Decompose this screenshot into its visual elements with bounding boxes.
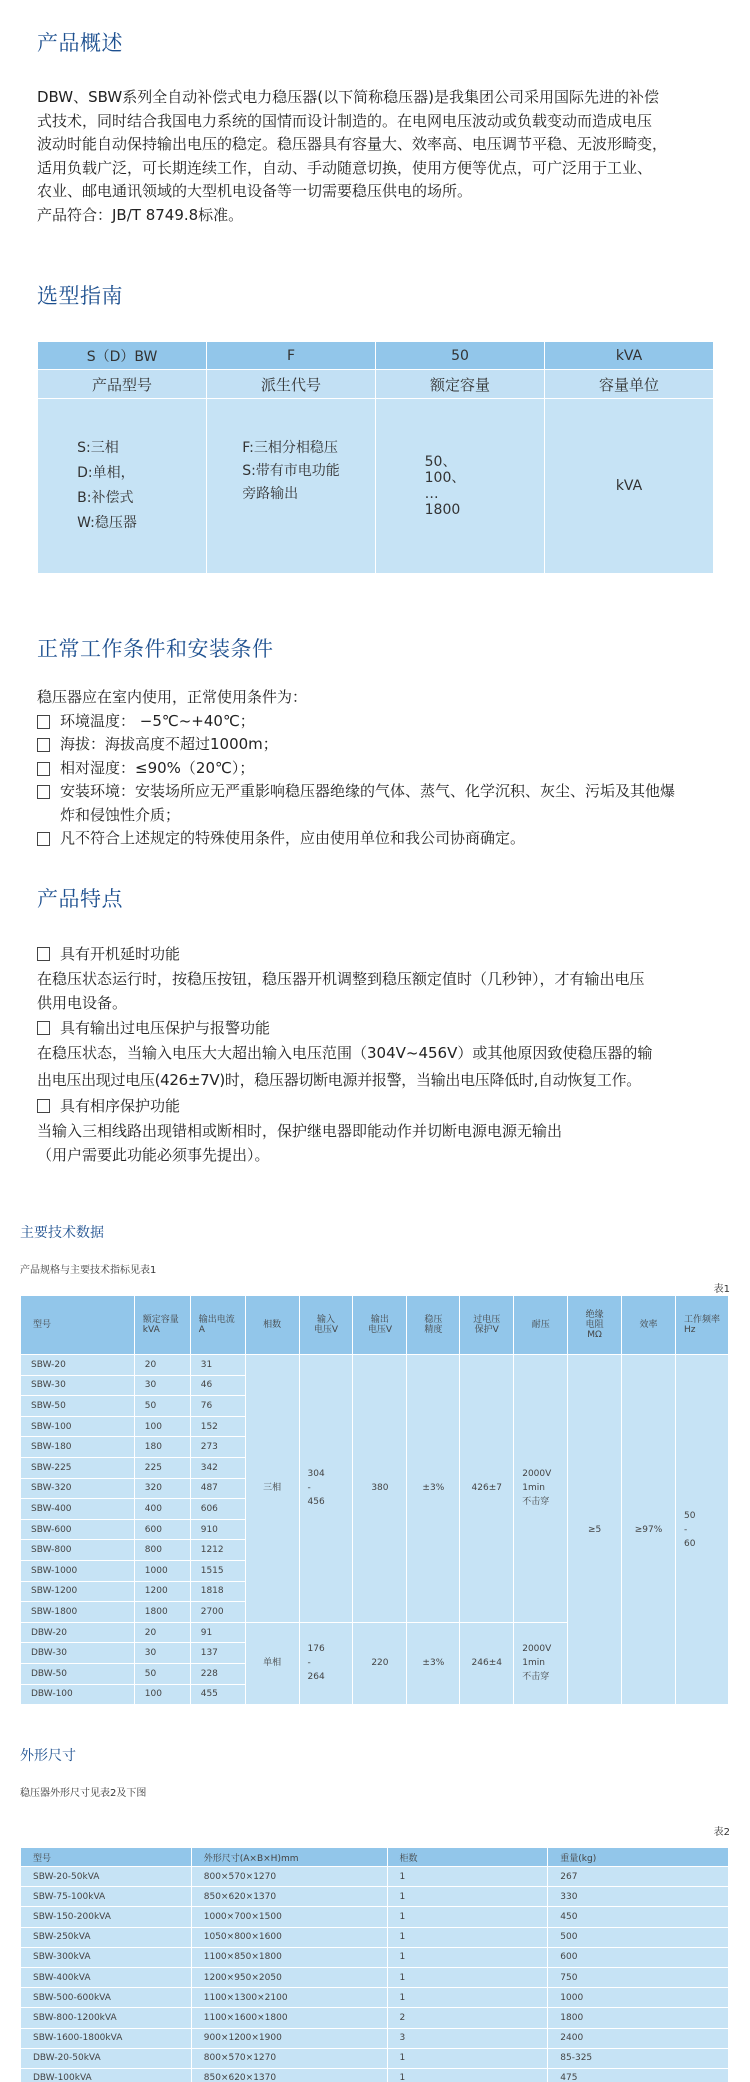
feature-heading: 具有相序保护功能 (37, 1094, 727, 1119)
condition-text: 海拔：海拔高度不超过1000m； (60, 733, 278, 757)
overview-paragraph: DBW、SBW系列全自动补偿式电力稳压器(以下简称稳压器)是我集团公司采用国际先… (37, 86, 727, 227)
cell-weight: 750 (548, 1967, 729, 1987)
guide-subheader-row: 产品型号 派生代号 额定容量 容量单位 (38, 370, 714, 399)
cell-size: 1100×1600×1800 (191, 2008, 387, 2028)
cell-efficiency: ≥97% (622, 1355, 676, 1705)
checkbox-icon (37, 832, 50, 846)
cell-amps: 455 (190, 1684, 245, 1705)
table-row: SBW-1600-1800kVA900×1200×190032400 (21, 2028, 729, 2048)
guide-derivative-cell: F:三相分相稳压 S:带有市电功能 旁路输出 (207, 399, 376, 574)
cell-size: 900×1200×1900 (191, 2028, 387, 2048)
selection-guide-table: S（D）BW F 50 kVA 产品型号 派生代号 额定容量 容量单位 S:三相… (37, 341, 714, 574)
feature-heading-text: 具有开机延时功能 (60, 942, 180, 967)
cell-kva: 800 (134, 1540, 190, 1561)
th-dim-cabinets: 柜数 (387, 1848, 548, 1867)
cell-cabinets: 1 (387, 2048, 548, 2068)
table-row: SBW-20 20 31 三相 304-456 380 ±3% 426±7 20… (21, 1355, 729, 1376)
condition-text: 凡不符合上述规定的特殊使用条件，应由使用单位和我公司协商确定。 (60, 827, 525, 851)
section-title-conditions: 正常工作条件和安装条件 (37, 636, 274, 662)
th-frequency: 工作频率Hz (676, 1296, 729, 1355)
cell-kva: 50 (134, 1396, 190, 1417)
cell-model: SBW-20-50kVA (21, 1867, 192, 1887)
guide-capacity-cell: 50、 100、 … 1800 (376, 399, 545, 574)
cell-input-voltage-three: 304-456 (299, 1355, 353, 1623)
cell-size: 1000×700×1500 (191, 1907, 387, 1927)
table-row: SBW-400kVA1200×950×20501750 (21, 1967, 729, 1987)
cell-size: 800×570×1270 (191, 2048, 387, 2068)
cell-model: SBW-50 (21, 1396, 135, 1417)
cell-model: SBW-150-200kVA (21, 1907, 192, 1927)
guide-header-cell: kVA (545, 342, 714, 370)
cell-frequency: 50-60 (676, 1355, 729, 1705)
condition-text: 相对湿度：≤90%（20℃）； (60, 757, 254, 781)
guide-subheader-cell: 产品型号 (38, 370, 207, 399)
feature-desc: （用户需要此功能必须事先提出）。 (37, 1143, 727, 1168)
cell-amps: 91 (190, 1622, 245, 1643)
cell-model: SBW-400 (21, 1499, 135, 1520)
guide-body-row: S:三相 D:单相， B:补偿式 W:稳压器 F:三相分相稳压 S:带有市电功能… (38, 399, 714, 574)
cell-weight: 330 (548, 1887, 729, 1907)
cell-kva: 100 (134, 1684, 190, 1705)
cell-amps: 1818 (190, 1581, 245, 1602)
cell-size: 850×620×1370 (191, 2068, 387, 2082)
cell-model: SBW-320 (21, 1478, 135, 1499)
cell-accuracy-single: ±3% (407, 1622, 460, 1704)
guide-derivative-line: 旁路输出 (242, 483, 340, 506)
cell-kva: 225 (134, 1457, 190, 1478)
guide-model-line: W:稳压器 (77, 511, 137, 536)
guide-derivative-line: S:带有市电功能 (242, 460, 340, 483)
checkbox-icon (37, 762, 50, 776)
feature-heading-text: 具有输出过电压保护与报警功能 (60, 1016, 270, 1041)
guide-subheader-cell: 容量单位 (545, 370, 714, 399)
cell-kva: 50 (134, 1663, 190, 1684)
table-row: SBW-300kVA1100×850×18001600 (21, 1947, 729, 1967)
section-title-dimensions: 外形尺寸 (20, 1745, 76, 1765)
cell-model: SBW-75-100kVA (21, 1887, 192, 1907)
cell-model: SBW-1800 (21, 1602, 135, 1623)
table-row: SBW-150-200kVA1000×700×15001450 (21, 1907, 729, 1927)
th-dim-size: 外形尺寸(A×B×H)mm (191, 1848, 387, 1867)
cell-amps: 606 (190, 1499, 245, 1520)
cell-model: SBW-1000 (21, 1560, 135, 1581)
cell-amps: 910 (190, 1519, 245, 1540)
cell-output-voltage-three: 380 (353, 1355, 407, 1623)
conditions-intro: 稳压器应在室内使用，正常使用条件为： (37, 686, 727, 710)
cell-weight: 500 (548, 1927, 729, 1947)
cell-weight: 600 (548, 1947, 729, 1967)
cell-output-voltage-single: 220 (353, 1622, 407, 1704)
cell-size: 1100×850×1800 (191, 1947, 387, 1967)
cell-overvoltage-three: 426±7 (460, 1355, 514, 1623)
cell-size: 1050×800×1600 (191, 1927, 387, 1947)
cell-model: SBW-30 (21, 1375, 135, 1396)
overview-line: 式技术，同时结合我国电力系统的国情而设计制造的。在电网电压波动或负载变动而造成电… (37, 110, 727, 134)
cell-kva: 1800 (134, 1602, 190, 1623)
cell-amps: 152 (190, 1416, 245, 1437)
tech-data-table: 型号 额定容量kVA 输出电流A 相数 输入电压V 输出电压V 稳压精度 过电压… (20, 1295, 729, 1705)
feature-heading-text: 具有相序保护功能 (60, 1094, 180, 1119)
cell-overvoltage-single: 246±4 (460, 1622, 514, 1704)
th-input-voltage: 输入电压V (299, 1296, 353, 1355)
dimensions-subtitle: 稳压器外形尺寸见表2及下图 (20, 1784, 146, 1799)
cell-cabinets: 2 (387, 2008, 548, 2028)
guide-model-line: B:补偿式 (77, 486, 137, 511)
cell-model: DBW-100kVA (21, 2068, 192, 2082)
th-capacity: 额定容量kVA (134, 1296, 190, 1355)
feature-heading: 具有开机延时功能 (37, 942, 727, 967)
cell-kva: 1000 (134, 1560, 190, 1581)
cell-model: SBW-800 (21, 1540, 135, 1561)
feature-desc: 供用电设备。 (37, 991, 727, 1016)
guide-unit-cell: kVA (545, 399, 714, 574)
cell-model: SBW-300kVA (21, 1947, 192, 1967)
cell-amps: 228 (190, 1663, 245, 1684)
th-dim-model: 型号 (21, 1848, 192, 1867)
cell-amps: 1212 (190, 1540, 245, 1561)
cell-model: DBW-30 (21, 1643, 135, 1664)
cell-cabinets: 1 (387, 1947, 548, 1967)
condition-item: 安装环境：安装场所应无严重影响稳压器绝缘的气体、蒸气、化学沉积、灰尘、污垢及其他… (37, 780, 727, 804)
checkbox-icon (37, 785, 50, 799)
table-row: SBW-20-50kVA800×570×12701267 (21, 1867, 729, 1887)
cell-amps: 487 (190, 1478, 245, 1499)
cell-kva: 320 (134, 1478, 190, 1499)
cell-weight: 1800 (548, 2008, 729, 2028)
table-row: SBW-250kVA1050×800×16001500 (21, 1927, 729, 1947)
cell-kva: 180 (134, 1437, 190, 1458)
section-title-features: 产品特点 (37, 886, 123, 912)
guide-header-cell: S（D）BW (38, 342, 207, 370)
checkbox-icon (37, 1099, 50, 1113)
cell-phase-three: 三相 (245, 1355, 299, 1623)
cell-amps: 2700 (190, 1602, 245, 1623)
section-title-selection-guide: 选型指南 (37, 283, 123, 309)
cell-cabinets: 3 (387, 2028, 548, 2048)
guide-model-cell: S:三相 D:单相， B:补偿式 W:稳压器 (38, 399, 207, 574)
cell-cabinets: 1 (387, 1867, 548, 1887)
checkbox-icon (37, 947, 50, 961)
cell-amps: 273 (190, 1437, 245, 1458)
cell-cabinets: 1 (387, 2068, 548, 2082)
overview-standard: 产品符合：JB/T 8749.8标准。 (37, 204, 727, 228)
cell-model: SBW-400kVA (21, 1967, 192, 1987)
th-withstand: 耐压 (514, 1296, 568, 1355)
th-accuracy: 稳压精度 (407, 1296, 460, 1355)
th-phase: 相数 (245, 1296, 299, 1355)
cell-amps: 342 (190, 1457, 245, 1478)
guide-capacity-line: 1800 (425, 502, 466, 518)
guide-capacity-line: … (425, 486, 466, 502)
condition-item: 环境温度： −5℃~+40℃； (37, 710, 727, 734)
cell-model: SBW-1200 (21, 1581, 135, 1602)
features-list: 具有开机延时功能 在稳压状态运行时，按稳压按钮，稳压器开机调整到稳压额定值时（几… (37, 942, 727, 1168)
cell-insulation: ≥5 (568, 1355, 622, 1705)
cell-amps: 31 (190, 1355, 245, 1376)
cell-amps: 1515 (190, 1560, 245, 1581)
cell-weight: 85-325 (548, 2048, 729, 2068)
dimensions-table: 型号 外形尺寸(A×B×H)mm 柜数 重量(kg) SBW-20-50kVA8… (20, 1847, 729, 2082)
cell-size: 1200×950×2050 (191, 1967, 387, 1987)
th-dim-weight: 重量(kg) (548, 1848, 729, 1867)
feature-desc: 在稳压状态，当输入电压大大超出输入电压范围（304V~456V）或其他原因致使稳… (37, 1040, 727, 1067)
cell-amps: 76 (190, 1396, 245, 1417)
feature-desc: 在稳压状态运行时，按稳压按钮，稳压器开机调整到稳压额定值时（几秒钟），才有输出电… (37, 967, 727, 992)
cell-model: SBW-1600-1800kVA (21, 2028, 192, 2048)
table2-label: 表2 (714, 1823, 730, 1838)
overview-line: 适用负载广泛，可长期连续工作，自动、手动随意切换，使用方便等优点，可广泛用于工业… (37, 157, 727, 181)
cell-model: DBW-100 (21, 1684, 135, 1705)
section-title-tech-data: 主要技术数据 (20, 1222, 104, 1242)
condition-text: 环境温度： −5℃~+40℃； (60, 710, 255, 734)
overview-line: 农业、邮电通讯领域的大型机电设备等一切需要稳压供电的场所。 (37, 180, 727, 204)
cell-model: SBW-225 (21, 1457, 135, 1478)
table-row: SBW-75-100kVA850×620×13701330 (21, 1887, 729, 1907)
cell-kva: 20 (134, 1622, 190, 1643)
th-current: 输出电流A (190, 1296, 245, 1355)
cell-phase-single: 单相 (245, 1622, 299, 1704)
table-row: DBW-20-50kVA800×570×1270185-325 (21, 2048, 729, 2068)
cell-weight: 1000 (548, 1988, 729, 2008)
guide-derivative-line: F:三相分相稳压 (242, 437, 340, 460)
guide-capacity-line: 100、 (425, 470, 466, 486)
cell-withstand-three: 2000V1min不击穿 (514, 1355, 568, 1623)
cell-model: SBW-500-600kVA (21, 1988, 192, 2008)
cell-kva: 100 (134, 1416, 190, 1437)
cell-model: SBW-600 (21, 1519, 135, 1540)
condition-text-continued: 炸和侵蚀性介质； (37, 804, 727, 828)
guide-header-cell: 50 (376, 342, 545, 370)
dimensions-header-row: 型号 外形尺寸(A×B×H)mm 柜数 重量(kg) (21, 1848, 729, 1867)
condition-item: 凡不符合上述规定的特殊使用条件，应由使用单位和我公司协商确定。 (37, 827, 727, 851)
guide-header-cell: F (207, 342, 376, 370)
cell-kva: 30 (134, 1643, 190, 1664)
table-row: SBW-800-1200kVA1100×1600×180021800 (21, 2008, 729, 2028)
cell-kva: 30 (134, 1375, 190, 1396)
th-efficiency: 效率 (622, 1296, 676, 1355)
tech-table-header-row: 型号 额定容量kVA 输出电流A 相数 输入电压V 输出电压V 稳压精度 过电压… (21, 1296, 729, 1355)
guide-subheader-cell: 额定容量 (376, 370, 545, 399)
guide-header-row: S（D）BW F 50 kVA (38, 342, 714, 370)
guide-model-line: S:三相 (77, 436, 137, 461)
condition-text: 安装环境：安装场所应无严重影响稳压器绝缘的气体、蒸气、化学沉积、灰尘、污垢及其他… (60, 780, 675, 804)
th-overvoltage: 过电压保护V (460, 1296, 514, 1355)
th-output-voltage: 输出电压V (353, 1296, 407, 1355)
cell-model: SBW-180 (21, 1437, 135, 1458)
cell-cabinets: 1 (387, 1907, 548, 1927)
cell-size: 1100×1300×2100 (191, 1988, 387, 2008)
checkbox-icon (37, 1021, 50, 1035)
cell-model: SBW-250kVA (21, 1927, 192, 1947)
cell-model: DBW-50 (21, 1663, 135, 1684)
th-insulation: 绝缘电阻MΩ (568, 1296, 622, 1355)
overview-line: DBW、SBW系列全自动补偿式电力稳压器(以下简称稳压器)是我集团公司采用国际先… (37, 86, 727, 110)
cell-cabinets: 1 (387, 1927, 548, 1947)
feature-desc: 出电压出现过电压(426±7V)时，稳压器切断电源并报警，当输出电压降低时,自动… (37, 1067, 727, 1094)
section-title-overview: 产品概述 (37, 30, 123, 56)
table1-label: 表1 (714, 1280, 730, 1295)
feature-heading: 具有输出过电压保护与报警功能 (37, 1016, 727, 1041)
cell-cabinets: 1 (387, 1887, 548, 1907)
cell-amps: 137 (190, 1643, 245, 1664)
cell-model: SBW-800-1200kVA (21, 2008, 192, 2028)
cell-model: DBW-20-50kVA (21, 2048, 192, 2068)
feature-desc: 当输入三相线路出现错相或断相时，保护继电器即能动作并切断电源电源无输出 (37, 1119, 727, 1144)
cell-kva: 400 (134, 1499, 190, 1520)
tech-data-subtitle: 产品规格与主要技术指标见表1 (20, 1261, 156, 1276)
cell-input-voltage-single: 176-264 (299, 1622, 353, 1704)
cell-model: SBW-100 (21, 1416, 135, 1437)
cell-size: 850×620×1370 (191, 1887, 387, 1907)
cell-kva: 600 (134, 1519, 190, 1540)
th-model: 型号 (21, 1296, 135, 1355)
overview-line: 波动时能自动保持输出电压的稳定。稳压器具有容量大、效率高、电压调节平稳、无波形畸… (37, 133, 727, 157)
cell-model: SBW-20 (21, 1355, 135, 1376)
guide-model-line: D:单相， (77, 461, 137, 486)
cell-model: DBW-20 (21, 1622, 135, 1643)
cell-weight: 267 (548, 1867, 729, 1887)
cell-weight: 450 (548, 1907, 729, 1927)
condition-item: 相对湿度：≤90%（20℃）； (37, 757, 727, 781)
cell-kva: 1200 (134, 1581, 190, 1602)
cell-size: 800×570×1270 (191, 1867, 387, 1887)
cell-cabinets: 1 (387, 1967, 548, 1987)
checkbox-icon (37, 738, 50, 752)
table-row: SBW-500-600kVA1100×1300×210011000 (21, 1988, 729, 2008)
cell-weight: 2400 (548, 2028, 729, 2048)
cell-withstand-single: 2000V1min不击穿 (514, 1622, 568, 1704)
cell-amps: 46 (190, 1375, 245, 1396)
guide-capacity-line: 50、 (425, 454, 466, 470)
cell-weight: 475 (548, 2068, 729, 2082)
cell-accuracy-three: ±3% (407, 1355, 460, 1623)
cell-cabinets: 1 (387, 1988, 548, 2008)
cell-kva: 20 (134, 1355, 190, 1376)
table-row: DBW-100kVA850×620×13701475 (21, 2068, 729, 2082)
condition-item: 海拔：海拔高度不超过1000m； (37, 733, 727, 757)
checkbox-icon (37, 715, 50, 729)
conditions-list: 稳压器应在室内使用，正常使用条件为： 环境温度： −5℃~+40℃； 海拔：海拔… (37, 686, 727, 851)
guide-subheader-cell: 派生代号 (207, 370, 376, 399)
